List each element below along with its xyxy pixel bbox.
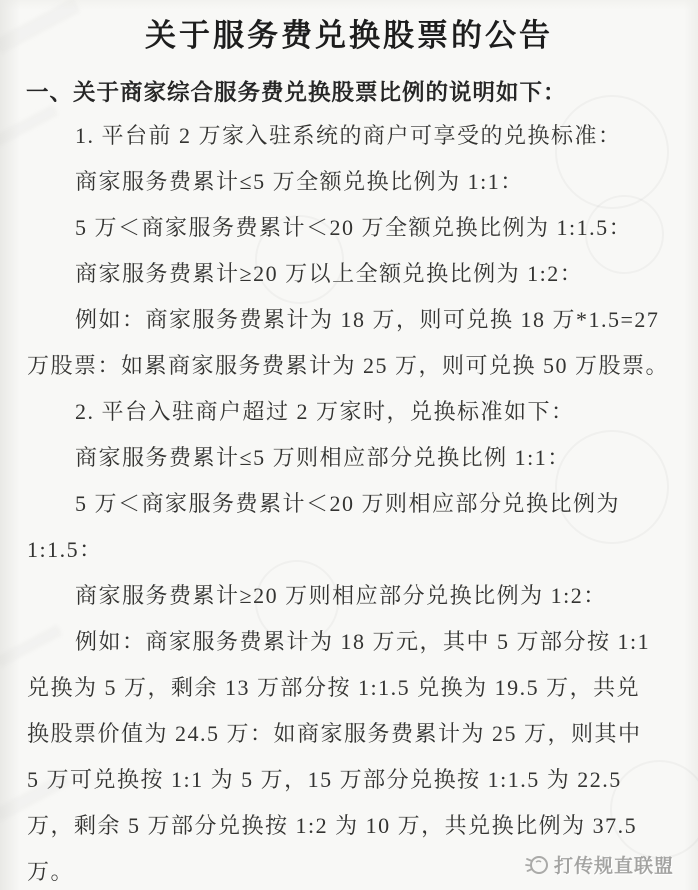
watermark-label: 打传规直联盟 (554, 851, 674, 878)
document-line: 兑换为 5 万，剩余 13 万部分按 1:1.5 兑换为 19.5 万，共兑 (27, 665, 670, 711)
section-heading: 一、关于商家综合服务费兑换股票比例的说明如下： (26, 75, 670, 107)
watermark-badge: 打传规直联盟 (524, 851, 674, 878)
page-title: 关于服务费兑换股票的公告 (0, 0, 698, 55)
document-line: 1:1.5： (27, 527, 670, 573)
document-line: 例如：商家服务费累计为 18 万，则可兑换 18 万*1.5=27 (27, 297, 670, 343)
document-line: 商家服务费累计≤5 万则相应部分兑换比例 1:1： (27, 435, 670, 481)
document-line: 5 万＜商家服务费累计＜20 万全额兑换比例为 1:1.5： (27, 205, 670, 251)
document-line: 5 万＜商家服务费累计＜20 万则相应部分兑换比例为 (27, 481, 670, 527)
document-line: 商家服务费累计≥20 万以上全额兑换比例为 1:2： (27, 251, 670, 297)
document-line: 例如：商家服务费累计为 18 万元，其中 5 万部分按 1:1 (27, 619, 670, 665)
scanned-announcement-page: 关于服务费兑换股票的公告 一、关于商家综合服务费兑换股票比例的说明如下： 1. … (0, 0, 698, 890)
document-lines: 1. 平台前 2 万家入驻系统的商户可享受的兑换标准：商家服务费累计≤5 万全额… (27, 113, 670, 890)
document-line: 5 万可兑换按 1:1 为 5 万，15 万部分兑换按 1:1.5 为 22.5 (27, 757, 670, 803)
document-line: 万，剩余 5 万部分兑换按 1:2 为 10 万，共兑换比例为 37.5 (27, 803, 670, 849)
sun-badge-icon (524, 852, 550, 878)
document-line: 商家服务费累计≤5 万全额兑换比例为 1:1： (27, 159, 670, 205)
document-line: 商家服务费累计≥20 万则相应部分兑换比例为 1:2： (27, 573, 670, 619)
document-line: 1. 平台前 2 万家入驻系统的商户可享受的兑换标准： (27, 113, 670, 159)
document-line: 2. 平台入驻商户超过 2 万家时，兑换标准如下： (27, 389, 670, 435)
document-line: 换股票价值为 24.5 万：如商家服务费累计为 25 万，则其中 (27, 711, 670, 757)
document-line: 万股票：如累商家服务费累计为 25 万，则可兑换 50 万股票。 (27, 343, 670, 389)
